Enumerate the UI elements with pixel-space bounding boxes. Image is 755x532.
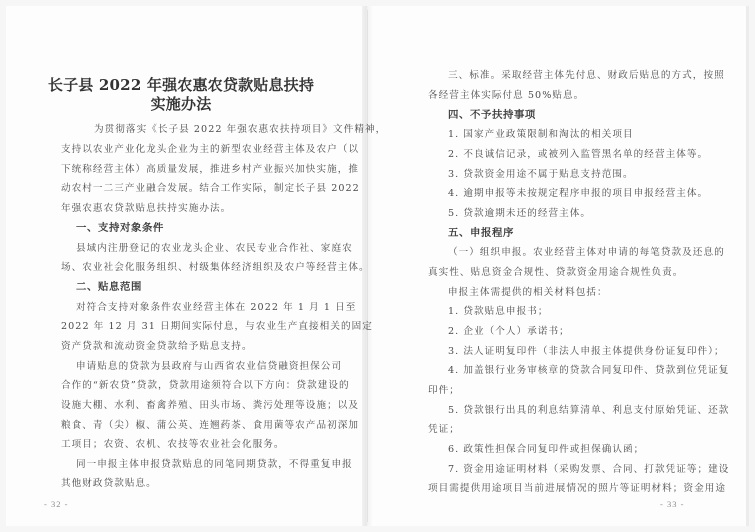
body-line: 对符合支持对象条件农业经营主体在 2022 年 1 月 1 日至 (76, 298, 356, 318)
body-line: 7. 资金用途证明材料（采购发票、合同、打款凭证等；建设 (448, 460, 729, 480)
body-line: 印件； (428, 381, 460, 401)
body-line: 1. 国家产业政策限制和淘汰的相关项目 (448, 125, 634, 145)
body-line: 凭证； (428, 420, 460, 440)
body-line: 3. 法人证明复印件（非法人申报主体提供身份证复印件）； (448, 342, 725, 362)
body-line: 其他财政贷款贴息。 (61, 474, 157, 494)
body-line: 工项目；农资、农机、农技等农业社会化服务。 (61, 435, 285, 455)
page-number-left: - 32 - (44, 499, 68, 509)
body-line: 支持以农业产业化龙头企业为主的新型农业经营主体及农户（以 (61, 140, 359, 160)
body-line: （一）组织申报。农业经营主体对申请的每笔贷款及还息的 (448, 243, 725, 263)
page-32: 长子县 2022 年强农惠农贷款贴息扶持 实施办法 为贯彻落实《长子县 2022… (0, 0, 362, 532)
body-line: 年强农惠农贷款贴息扶持实施办法。 (61, 199, 231, 219)
body-line: 县域内注册登记的农业龙头企业、农民专业合作社、家庭农 (76, 239, 353, 259)
body-line: 4. 逾期申报等未按规定程序申报的项目申报经营主体。 (448, 184, 708, 204)
body-line: 动农村一二三产业融合发展。结合工作实际，制定长子县 2022 (61, 179, 360, 199)
section-heading: 五、申报程序 (448, 224, 514, 244)
document-subtitle: 实施办法 (0, 95, 362, 113)
body-line: 3. 贷款资金用途不属于贴息支持范围。 (448, 165, 634, 185)
page-number-right: - 33 - (660, 499, 684, 509)
document-title: 长子县 2022 年强农惠农贷款贴息扶持 (0, 76, 362, 94)
body-line: 合作的“新农贷”贷款，贷款用途须符合以下方向：贷款建设的 (61, 376, 350, 396)
body-line: 为贯彻落实《长子县 2022 年强农惠农扶持项目》文件精神， (94, 120, 386, 140)
section-heading: 四、不予扶持事项 (448, 106, 536, 126)
body-line: 4. 加盖银行业务审核章的贷款合同复印件、贷款到位凭证复 (448, 361, 729, 381)
body-line: 6. 政策性担保合同复印件或担保确认函； (448, 440, 644, 460)
section-heading: 一、支持对象条件 (76, 219, 164, 239)
body-line: 2022 年 12 月 31 日期间实际付息，与农业生产直接相关的固定 (61, 317, 373, 337)
page-33: 三、标准。采取经营主体先付息、财政后贴息的方式，按照各经营主体实际付息 50%贴… (372, 0, 755, 532)
body-line: 5. 贷款逾期未还的经营主体。 (448, 204, 591, 224)
body-line: 2. 不良诚信记录，或被列入监管黑名单的经营主体等。 (448, 145, 708, 165)
body-line: 项目需提供用途项目当前进展情况的照片等证明材料；资金用途 (428, 479, 726, 499)
section-heading: 二、贴息范围 (76, 278, 142, 298)
body-line: 各经营主体实际付息 50%贴息。 (428, 86, 584, 106)
body-line: 同一申报主体申报贷款贴息的同笔同期贷款，不得重复申报 (76, 455, 353, 475)
body-line: 2. 企业（个人）承诺书； (448, 322, 570, 342)
body-line: 粮食、青（尖）椒、蒲公英、连翘药茶、食用菌等农产品初深加 (61, 416, 359, 436)
body-line: 申报主体需提供的相关材料包括： (448, 283, 608, 303)
body-line: 5. 贷款银行出具的利息结算清单、利息支付原始凭证、还款 (448, 401, 729, 421)
body-line: 1. 贷款贴息申报书； (448, 302, 549, 322)
body-line: 申请贴息的贷款为县政府与山西省农业信贷融资担保公司 (76, 357, 342, 377)
body-line: 场、农业社会化服务组织、村级集体经济组织及农户等经营主体。 (61, 258, 370, 278)
body-line: 资产贷款和流动资金贷款给予贴息支持。 (61, 337, 253, 357)
body-line: 设施大棚、水利、畜禽养殖、田头市场、粪污处理等设施；以及 (61, 396, 359, 416)
body-line: 真实性、贴息资金合规性、贷款资金用途合规性负责。 (428, 263, 683, 283)
body-line: 三、标准。采取经营主体先付息、财政后贴息的方式，按照 (448, 66, 725, 86)
body-line: 下统称经营主体）高质量发展，推进乡村产业振兴加快实施，推 (61, 160, 359, 180)
